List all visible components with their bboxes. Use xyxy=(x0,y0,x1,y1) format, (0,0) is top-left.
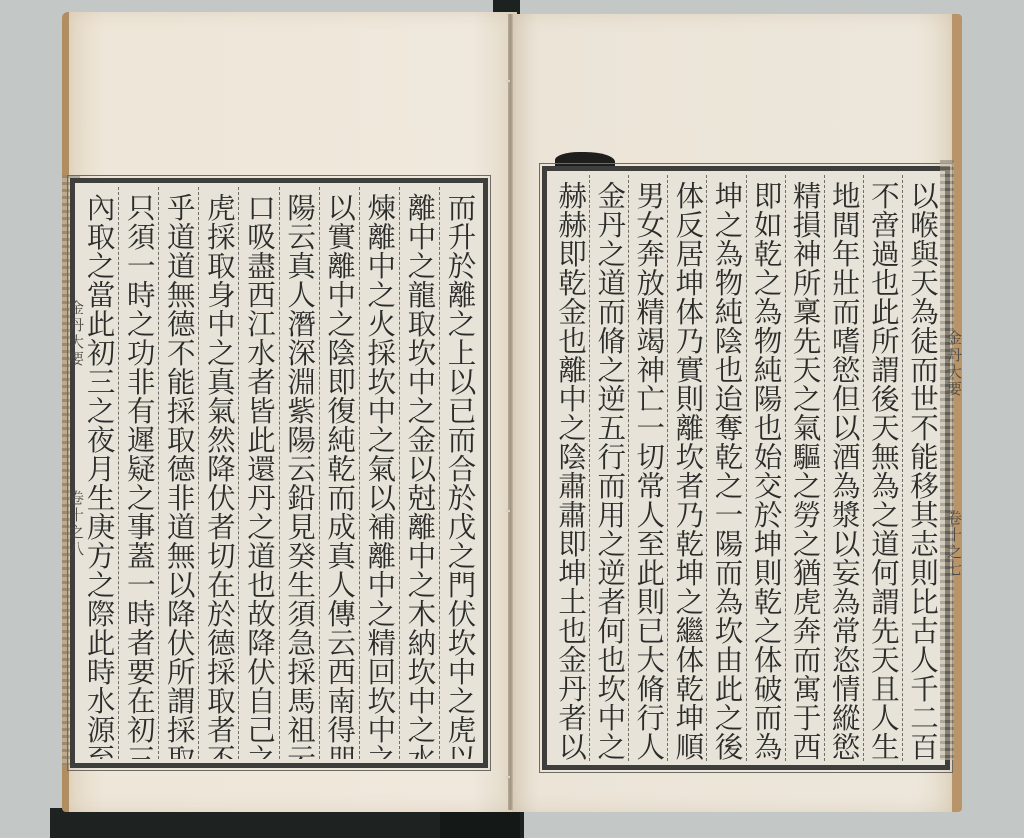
right-edge-title: 金丹大要 xyxy=(944,330,965,398)
text-column: 虎採取身中之真氣然降伏者切在於德採取者不外 xyxy=(198,187,238,759)
left-edge-title: 金丹大要 xyxy=(66,300,87,368)
text-column: 地間年壯而嗜慾但以酒為漿以妄為常恣情縱慾亡 xyxy=(824,175,863,761)
text-column: 坤之為物純陰也迨奪乾之一陽而為坎由此之後乾 xyxy=(706,175,745,761)
left-columns: 而升於離之上以已而合於戊之門伏坎中之虎以降 離中之龍取坎中之金以尅離中之木納坎中… xyxy=(79,187,479,759)
right-columns: 以喉與天為徒而世不能移其志則比古人千二百歲 不啻過也此所謂後天無為之道何謂先天且… xyxy=(551,175,941,761)
text-column: 即如乾之為物純陽也始交於坤則乾之体破而為離 xyxy=(746,175,785,761)
text-column: 金丹之道而脩之逆五行而用之逆者何也坎中之陽 xyxy=(589,175,628,761)
text-column: 以實離中之陰即復純乾而成真人傳云西南得朋伯 xyxy=(319,187,359,759)
stitch-mark xyxy=(506,776,510,778)
text-column: 離中之龍取坎中之金以尅離中之木納坎中之水以 xyxy=(399,187,439,759)
text-column: 陽云真人潛深淵紫陽云鉛見癸生須急採馬祖云一 xyxy=(279,187,319,759)
left-edge-volume: 卷十之八 xyxy=(66,490,87,558)
right-edge-volume: 卷十之七 xyxy=(944,510,965,578)
text-column: 乎道道無德不能採取德非道無以降伏所謂採取者 xyxy=(158,187,198,759)
text-column: 体反居坤体乃實則離坎者乃乾坤之繼体乾坤順行 xyxy=(667,175,706,761)
text-column: 內取之當此初三之夜月生庚方之際此時水源至清 xyxy=(79,187,118,759)
text-column: 精損神所稟先天之氣驅之勞之猶虎奔而寓于西癸 xyxy=(785,175,824,761)
text-column: 以喉與天為徒而世不能移其志則比古人千二百歲 xyxy=(902,175,941,761)
text-column: 只須一時之功非有遲疑之事蓋一時者要在初三日 xyxy=(118,187,158,759)
stitch-mark xyxy=(506,80,510,82)
bottom-shadow-spine xyxy=(440,808,520,838)
stitch-mark xyxy=(506,510,510,512)
right-text-block: 以喉與天為徒而世不能移其志則比古人千二百歲 不啻過也此所謂後天無為之道何謂先天且… xyxy=(542,166,950,770)
book-gutter xyxy=(508,14,513,810)
right-edge-border xyxy=(940,160,954,760)
text-column: 不啻過也此所謂後天無為之道何謂先天且人生天 xyxy=(863,175,902,761)
left-text-block: 而升於離之上以已而合於戊之門伏坎中之虎以降 離中之龍取坎中之金以尅離中之木納坎中… xyxy=(70,178,488,768)
text-column: 男女奔放精竭神亡一切常人至此則已大脩行人体 xyxy=(628,175,667,761)
text-column: 而升於離之上以已而合於戊之門伏坎中之虎以降 xyxy=(439,187,479,759)
text-column: 煉離中之火採坎中之氣以補離中之精回坎中之陽 xyxy=(359,187,399,759)
text-column: 赫赫即乾金也離中之陰肅肅即坤土也金丹者以坎 xyxy=(551,175,589,761)
text-column: 口吸盡西江水者皆此還丹之道也故降伏自己之龍 xyxy=(238,187,278,759)
